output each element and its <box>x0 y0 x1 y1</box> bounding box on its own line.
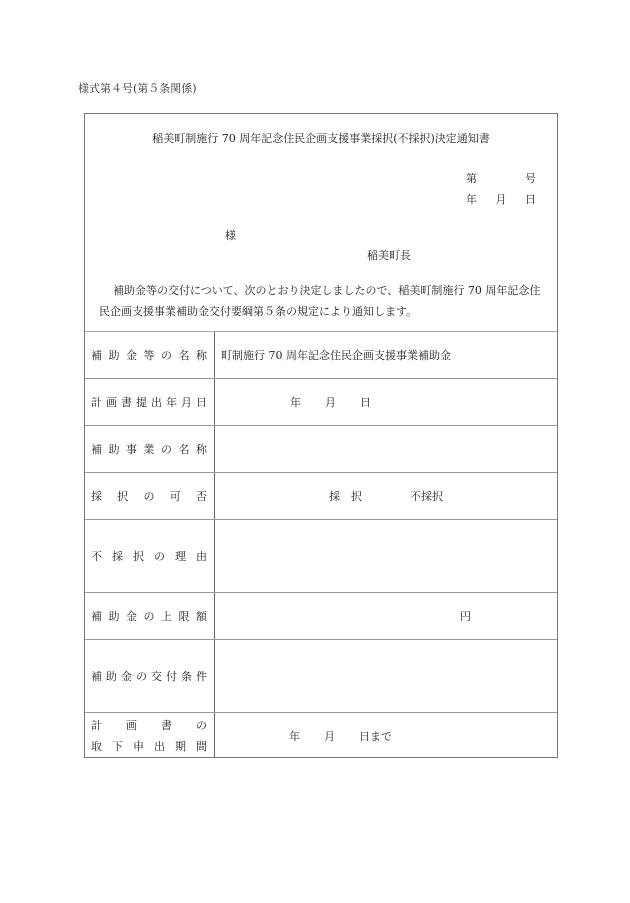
number-prefix: 第 <box>466 170 477 186</box>
subsidy-name-value: 町制施行 70 周年記念住民企画支援事業補助金 <box>215 332 557 378</box>
table-row-project-name: 補 助 事 業 の 名 称 <box>85 425 557 472</box>
project-name-field[interactable] <box>215 426 557 472</box>
row-label: 計 画 書 の 取 下 申 出 期 間 <box>91 713 207 758</box>
table-row-subsidy-cap: 補 助 金 の 上 限 額 円 <box>85 592 557 639</box>
subsidy-cap-field[interactable]: 円 <box>215 593 557 639</box>
withdrawal-deadline-field[interactable]: 年 月 日まで <box>215 713 557 758</box>
date-year: 年 <box>466 191 477 207</box>
table-row-subsidy-name: 補 助 金 等 の 名 称 町制施行 70 周年記念住民企画支援事業補助金 <box>85 331 557 378</box>
adoption-decision-field: 採 択 不採択 <box>215 473 557 519</box>
date-month: 月 <box>496 191 507 207</box>
row-label: 不 採 択 の 理 由 <box>91 520 207 592</box>
rejection-reason-field[interactable] <box>215 520 557 592</box>
issue-date-line: 年 月 日 <box>466 191 536 207</box>
option-not-adopted[interactable]: 不採択 <box>410 488 443 504</box>
table-row-adoption-decision: 採 択 の 可 否 採 択 不採択 <box>85 472 557 519</box>
addressee: 様 <box>225 227 236 243</box>
row-label: 計 画 書 提 出 年 月 日 <box>91 379 207 425</box>
plan-submit-date-field[interactable]: 年 月 日 <box>215 379 557 425</box>
option-adopted[interactable]: 採 択 <box>329 488 362 504</box>
table-row-rejection-reason: 不 採 択 の 理 由 <box>85 519 557 592</box>
grant-conditions-field[interactable] <box>215 640 557 712</box>
row-label: 採 択 の 可 否 <box>91 473 207 519</box>
table-row-grant-conditions: 補 助 金 の 交 付 条 件 <box>85 639 557 712</box>
row-label: 補 助 事 業 の 名 称 <box>91 426 207 472</box>
notice-header: 稲美町制施行 70 周年記念住民企画支援事業採択(不採択)決定通知書 第 号 年… <box>85 114 557 331</box>
notice-body-text: 補助金等の交付について、次のとおり決定しましたので、稲美町制施行 70 周年記念… <box>99 280 545 322</box>
notice-form-frame: 稲美町制施行 70 周年記念住民企画支援事業採択(不採択)決定通知書 第 号 年… <box>84 113 558 758</box>
date-day: 日 <box>525 191 536 207</box>
document-title: 稲美町制施行 70 周年記念住民企画支援事業採択(不採択)決定通知書 <box>85 130 557 146</box>
issuer: 稲美町長 <box>367 247 411 263</box>
row-label: 補 助 金 の 交 付 条 件 <box>91 640 207 712</box>
row-label: 補 助 金 等 の 名 称 <box>91 332 207 378</box>
row-label: 補 助 金 の 上 限 額 <box>91 593 207 639</box>
table-row-withdrawal-period: 計 画 書 の 取 下 申 出 期 間 年 月 日まで <box>85 712 557 758</box>
table-row-plan-submit-date: 計 画 書 提 出 年 月 日 年 月 日 <box>85 378 557 425</box>
number-suffix: 号 <box>525 170 536 186</box>
document-number-line: 第 号 <box>466 170 536 186</box>
form-number-label: 様式第４号(第５条関係) <box>78 80 197 96</box>
